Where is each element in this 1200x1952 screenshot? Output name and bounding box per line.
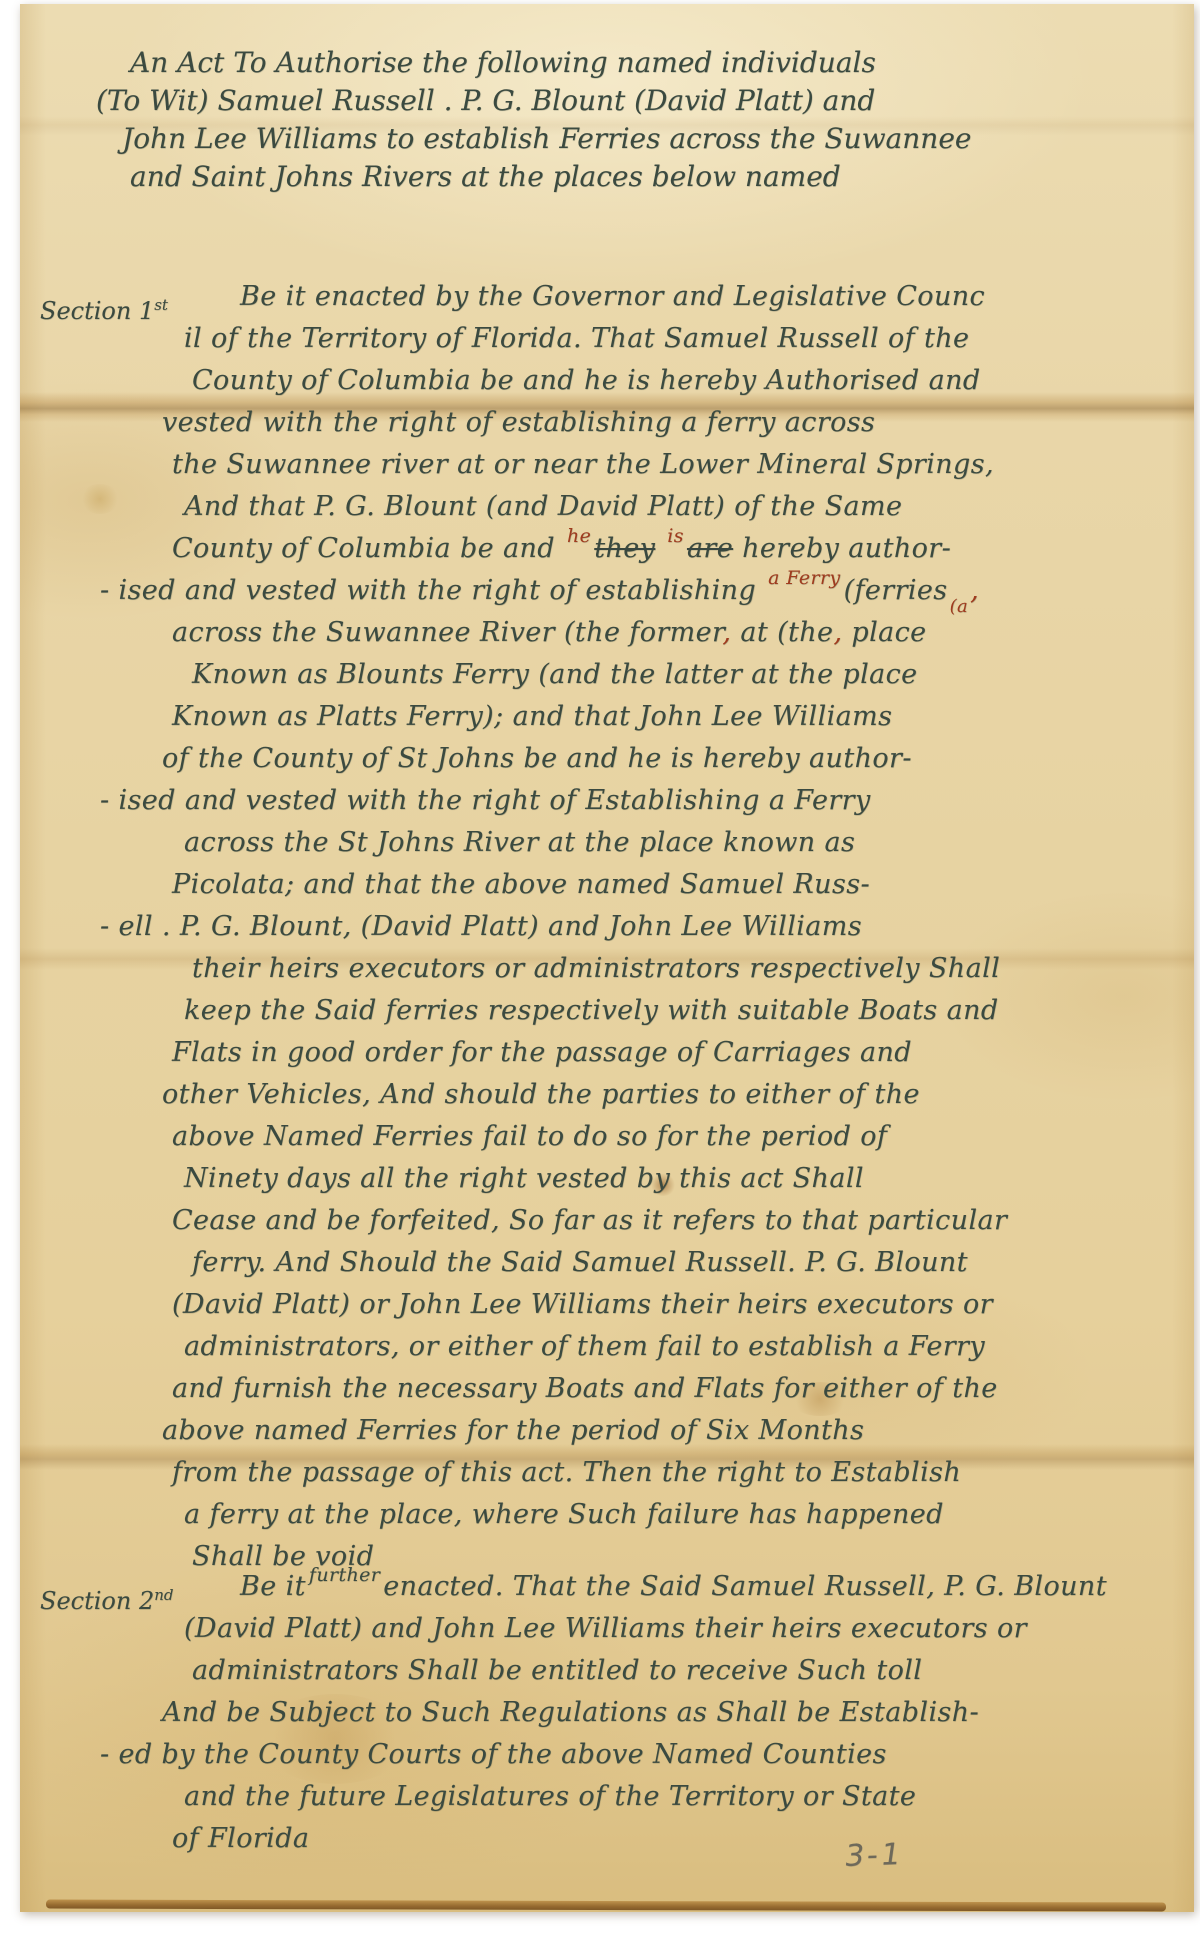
manuscript-line: Known as Platts Ferry); and that John Le… xyxy=(172,696,1000,738)
text-segment xyxy=(655,533,664,564)
text-segment: administrators Shall be entitled to rece… xyxy=(192,1655,922,1686)
manuscript-line: Flats in good order for the passage of C… xyxy=(172,1032,1000,1074)
text-segment: il of the Territory of Florida. That Sam… xyxy=(184,323,969,354)
manuscript-line: And be Subject to Such Regulations as Sh… xyxy=(162,1692,1000,1734)
manuscript-line: administrators Shall be entitled to rece… xyxy=(192,1650,1000,1692)
manuscript-line: County of Columbia be and hethey isare h… xyxy=(172,528,1000,570)
manuscript-line: Ninety days all the right vested by this… xyxy=(184,1158,1000,1200)
correction-segment: they xyxy=(594,533,655,564)
manuscript-line: Picolata; and that the above named Samue… xyxy=(172,864,1000,906)
text-segment: Flats in good order for the passage of C… xyxy=(172,1037,912,1068)
manuscript-line: County of Columbia be and he is hereby A… xyxy=(192,360,1000,402)
text-segment: other Vehicles, And should the parties t… xyxy=(162,1079,920,1110)
manuscript-line: vested with the right of establishing a … xyxy=(162,402,1000,444)
section-2-body: Section 2ndBe itfurtherenacted. That the… xyxy=(140,1566,1000,1860)
manuscript-line: Be itfurtherenacted. That the Said Samue… xyxy=(240,1566,1000,1608)
text-segment: place xyxy=(842,617,926,648)
text-segment: of the County of St Johns be and he is h… xyxy=(162,743,912,774)
correction-segment: a Ferry xyxy=(768,567,840,589)
correction-segment: , xyxy=(970,575,979,606)
manuscript-line: (David Platt) or John Lee Williams their… xyxy=(172,1284,1000,1326)
manuscript-line: their heirs executors or administrators … xyxy=(192,948,1000,990)
section-marker: Section 2nd xyxy=(40,1574,173,1622)
manuscript-line: of the County of St Johns be and he is h… xyxy=(162,738,1000,780)
text-segment: across the St Johns River at the place k… xyxy=(184,827,855,858)
manuscript-line: and the future Legislatures of the Terri… xyxy=(184,1776,1000,1818)
act-title-line: and Saint Johns Rivers at the places bel… xyxy=(130,158,971,196)
text-segment: And that P. G. Blount (and David Platt) … xyxy=(184,491,902,522)
text-segment: hereby author- xyxy=(733,533,951,564)
manuscript-line: a ferry at the place, where Such failure… xyxy=(184,1494,1000,1536)
correction-segment: further xyxy=(309,1564,380,1586)
text-segment: Ninety days all the right vested by this… xyxy=(184,1163,864,1194)
text-segment: administrators, or either of them fail t… xyxy=(184,1331,985,1362)
manuscript-line: across the St Johns River at the place k… xyxy=(184,822,1000,864)
correction-segment: he xyxy=(567,525,591,547)
text-segment: a ferry at the place, where Such failure… xyxy=(184,1499,944,1530)
text-segment: (David Platt) or John Lee Williams their… xyxy=(172,1289,993,1320)
manuscript-line: from the passage of this act. Then the r… xyxy=(172,1452,1000,1494)
manuscript-line: above named Ferries for the period of Si… xyxy=(162,1410,1000,1452)
page-number-pencil: 3-1 xyxy=(842,1837,905,1874)
correction-segment: (a xyxy=(950,596,969,617)
manuscript-line: il of the Territory of Florida. That Sam… xyxy=(184,318,1000,360)
text-segment: of Florida xyxy=(172,1823,309,1854)
text-segment: vested with the right of establishing a … xyxy=(162,407,875,438)
manuscript-line: Be it enacted by the Governor and Legisl… xyxy=(240,276,1000,318)
act-title-line: An Act To Authorise the following named … xyxy=(130,44,971,82)
manuscript-line: (David Platt) and John Lee Williams thei… xyxy=(184,1608,1000,1650)
text-segment: Known as Platts Ferry); and that John Le… xyxy=(172,701,892,732)
text-segment: Known as Blounts Ferry (and the latter a… xyxy=(192,659,918,690)
section-1-body: Section 1stBe it enacted by the Governor… xyxy=(140,276,1000,1578)
text-segment: above named Ferries for the period of Si… xyxy=(162,1415,864,1446)
section-marker: Section 1st xyxy=(40,284,168,332)
text-segment: the Suwannee river at or near the Lower … xyxy=(172,449,994,480)
text-segment: above Named Ferries fail to do so for th… xyxy=(172,1121,887,1152)
manuscript-line: ferry. And Should the Said Samuel Russel… xyxy=(192,1242,1000,1284)
text-segment: and furnish the necessary Boats and Flat… xyxy=(172,1373,998,1404)
manuscript-line: the Suwannee river at or near the Lower … xyxy=(172,444,1000,486)
text-segment: their heirs executors or administrators … xyxy=(192,953,1000,984)
manuscript-line: Known as Blounts Ferry (and the latter a… xyxy=(192,654,1000,696)
text-segment: enacted. That the Said Samuel Russell, P… xyxy=(383,1571,1107,1602)
text-segment: County of Columbia be and he is hereby A… xyxy=(192,365,981,396)
text-segment: Be it xyxy=(240,1571,306,1602)
text-segment: (ferries xyxy=(844,575,948,606)
text-segment: - ised and vested with the right of esta… xyxy=(100,575,765,606)
manuscript-line: - ised and vested with the right of esta… xyxy=(100,570,1000,612)
correction-segment: are xyxy=(687,533,733,564)
text-segment: Cease and be forfeited, So far as it ref… xyxy=(172,1205,1007,1236)
manuscript-line: keep the Said ferries respectively with … xyxy=(184,990,1000,1032)
text-segment: And be Subject to Such Regulations as Sh… xyxy=(162,1697,979,1728)
text-segment: at (the xyxy=(731,617,833,648)
manuscript-line: - ed by the County Courts of the above N… xyxy=(100,1734,1000,1776)
manuscript-line: - ell . P. G. Blount, (David Platt) and … xyxy=(100,906,1000,948)
text-segment: County of Columbia be and xyxy=(172,533,564,564)
manuscript-line: - ised and vested with the right of Esta… xyxy=(100,780,1000,822)
text-segment: - ised and vested with the right of Esta… xyxy=(100,785,871,816)
text-segment: across the Suwannee River (the former xyxy=(172,617,722,648)
text-segment: - ell . P. G. Blount, (David Platt) and … xyxy=(100,911,862,942)
text-segment: Be it enacted by the Governor and Legisl… xyxy=(240,281,985,312)
handwriting-layer: An Act To Authorise the following named … xyxy=(0,0,1200,1952)
text-segment: keep the Said ferries respectively with … xyxy=(184,995,999,1026)
manuscript-line: across the Suwannee River (the former, a… xyxy=(172,612,1000,654)
manuscript-line: above Named Ferries fail to do so for th… xyxy=(172,1116,1000,1158)
act-title-line: (To Wit) Samuel Russell . P. G. Blount (… xyxy=(96,82,971,120)
text-segment: from the passage of this act. Then the r… xyxy=(172,1457,961,1488)
act-title-line: John Lee Williams to establish Ferries a… xyxy=(122,120,971,158)
ordinal-suffix: nd xyxy=(154,1586,173,1604)
manuscript-line: and furnish the necessary Boats and Flat… xyxy=(172,1368,1000,1410)
text-segment: and the future Legislatures of the Terri… xyxy=(184,1781,916,1812)
scanned-document-page: An Act To Authorise the following named … xyxy=(0,0,1200,1952)
text-segment: ferry. And Should the Said Samuel Russel… xyxy=(192,1247,968,1278)
manuscript-line: other Vehicles, And should the parties t… xyxy=(162,1074,1000,1116)
text-segment: - ed by the County Courts of the above N… xyxy=(100,1739,887,1770)
manuscript-line: And that P. G. Blount (and David Platt) … xyxy=(184,486,1000,528)
manuscript-line: Cease and be forfeited, So far as it ref… xyxy=(172,1200,1000,1242)
manuscript-line: administrators, or either of them fail t… xyxy=(184,1326,1000,1368)
ordinal-suffix: st xyxy=(154,296,168,314)
correction-segment: is xyxy=(667,525,684,547)
act-title: An Act To Authorise the following named … xyxy=(96,44,971,196)
text-segment: (David Platt) and John Lee Williams thei… xyxy=(184,1613,1027,1644)
text-segment: Picolata; and that the above named Samue… xyxy=(172,869,870,900)
